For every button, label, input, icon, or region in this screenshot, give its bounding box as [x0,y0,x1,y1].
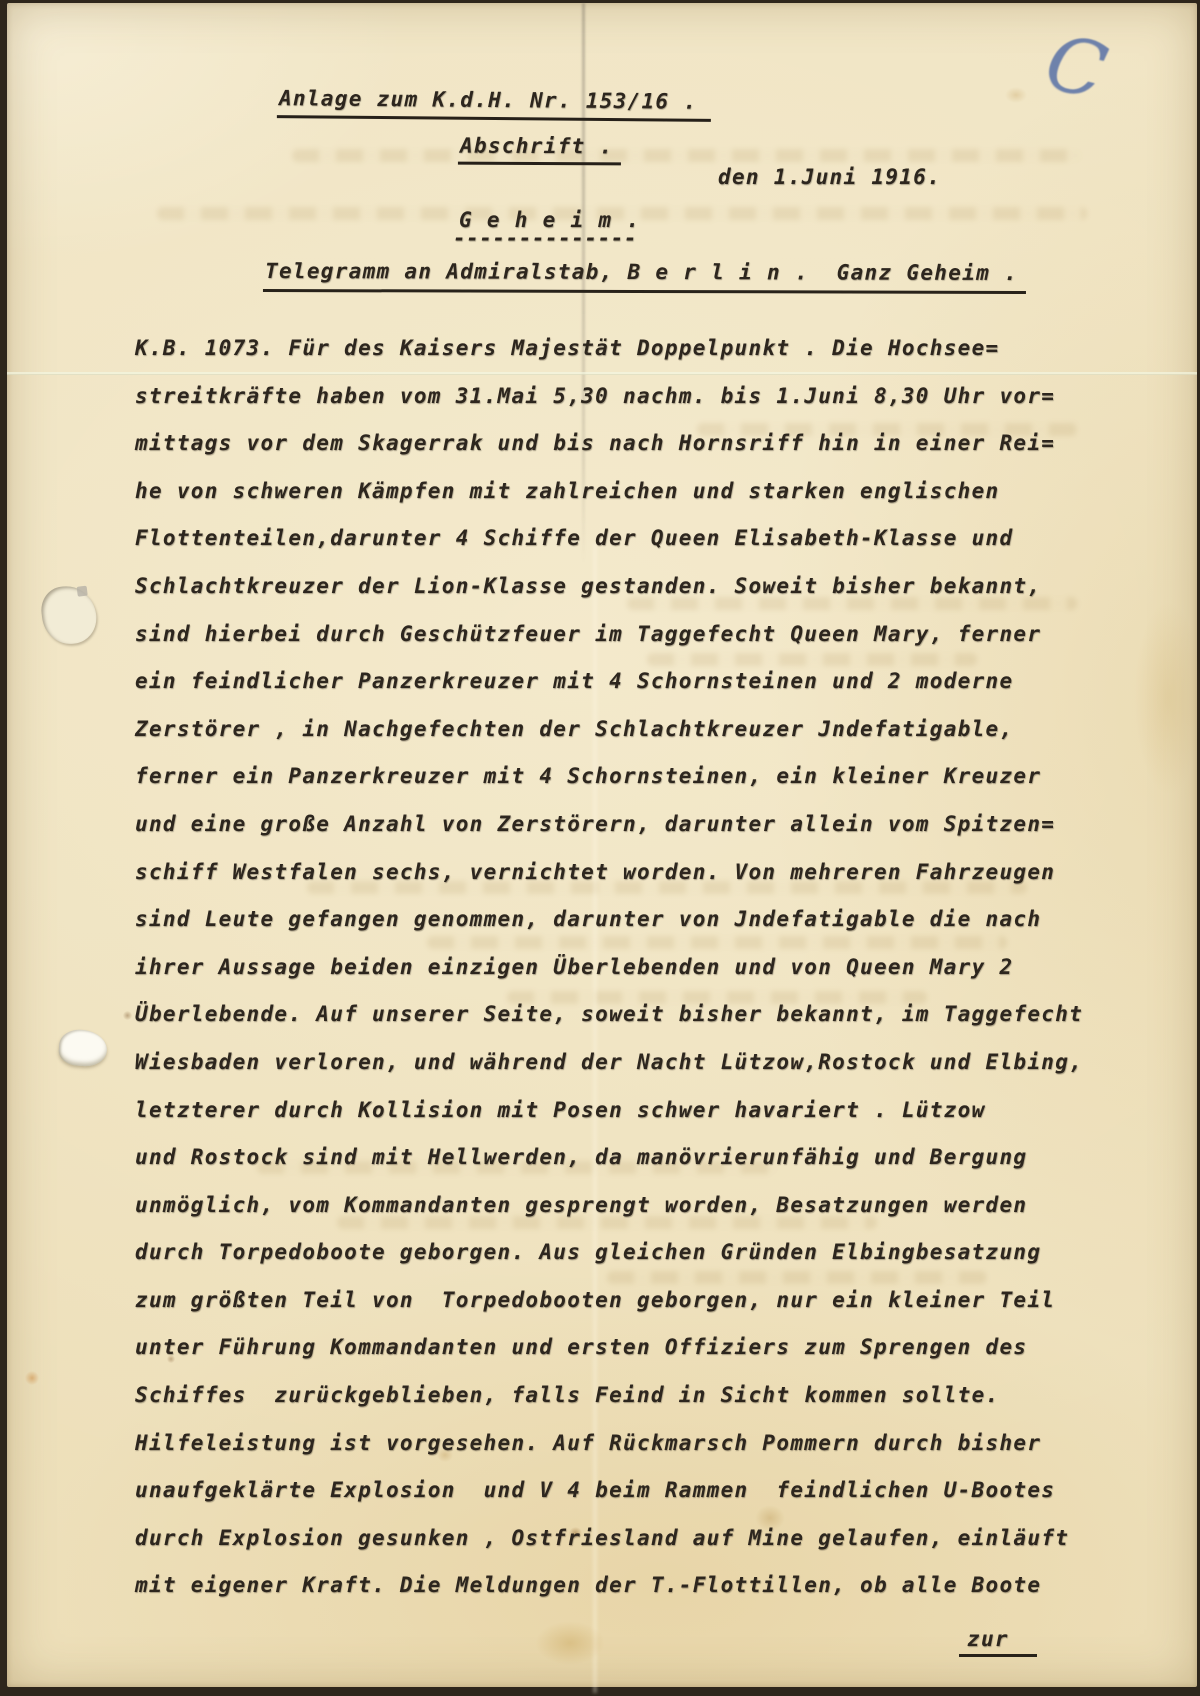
typed-line: und eine große Anzahl von Zerstörern, da… [135,801,1083,849]
typed-line: sind Leute gefangen genommen, darunter v… [135,896,1083,944]
paper-tear-patch [39,583,100,647]
paper-stain [1135,603,1200,793]
typed-line: Schiffes zurückgeblieben, falls Feind in… [135,1372,1083,1420]
paper-stain [123,1011,132,1020]
typed-line: mit eigener Kraft. Die Meldungen der T.-… [135,1562,1083,1610]
bleedthrough-ghost [292,149,1082,162]
typed-line: Hilfeleistung ist vorgesehen. Auf Rückma… [135,1420,1083,1468]
handwritten-c-annotation: C [1039,23,1114,111]
copy-label: Abschrift . [458,134,622,166]
typed-line: mittags vor dem Skagerrak und bis nach H… [135,420,1083,468]
typed-line: Überlebende. Auf unserer Seite, soweit b… [135,991,1083,1039]
attachment-reference-line: Anlage zum K.d.H. Nr. 153/16 . [277,86,712,122]
typed-line: unmöglich, vom Kommandanten gesprengt wo… [135,1182,1083,1230]
typed-line: und Rostock sind mit Hellwerden, da manö… [135,1134,1083,1182]
typed-line: ein feindlicher Panzerkreuzer mit 4 Scho… [135,658,1083,706]
typed-line: K.B. 1073. Für des Kaisers Majestät Dopp… [135,325,1083,373]
date-line: den 1.Juni 1916. [718,165,941,189]
typed-line: zum größten Teil von Torpedobooten gebor… [135,1277,1083,1325]
typed-line: Wiesbaden verloren, und während der Nach… [135,1039,1083,1087]
typed-line: Zerstörer , in Nachgefechten der Schlach… [135,706,1083,754]
typed-line: durch Explosion gesunken , Ostfriesland … [135,1515,1083,1563]
catchword: zur [959,1627,1037,1657]
paper-tear-patch [58,1028,109,1068]
paper-stain [1005,87,1027,103]
paper-stain [25,1371,39,1385]
telegram-body: K.B. 1073. Für des Kaisers Majestät Dopp… [135,325,1083,1610]
paper-sheet: C Anlage zum K.d.H. Nr. 153/16 . Abschri… [7,3,1197,1687]
typed-line: durch Torpedoboote geborgen. Aus gleiche… [135,1229,1083,1277]
secrecy-dashed-underline: -------------- [453,226,637,250]
typed-line: schiff Westfalen sechs, vernichtet worde… [135,849,1083,897]
telegram-address-line: Telegramm an Admiralstab, B e r l i n . … [263,259,1026,294]
typed-line: unter Führung Kommandanten und ersten Of… [135,1324,1083,1372]
typed-line: ferner ein Panzerkreuzer mit 4 Schornste… [135,753,1083,801]
typed-line: he von schweren Kämpfen mit zahlreichen … [135,468,1083,516]
typed-line: unaufgeklärte Explosion und V 4 beim Ram… [135,1467,1083,1515]
typed-line: streitkräfte haben vom 31.Mai 5,30 nachm… [135,373,1083,421]
typed-line: Schlachtkreuzer der Lion-Klasse gestande… [135,563,1083,611]
typed-line: ihrer Aussage beiden einzigen Überlebend… [135,944,1083,992]
typed-line: Flottenteilen,darunter 4 Schiffe der Que… [135,515,1083,563]
typed-line: sind hierbei durch Geschützfeuer im Tagg… [135,611,1083,659]
typed-line: letzterer durch Kollision mit Posen schw… [135,1087,1083,1135]
